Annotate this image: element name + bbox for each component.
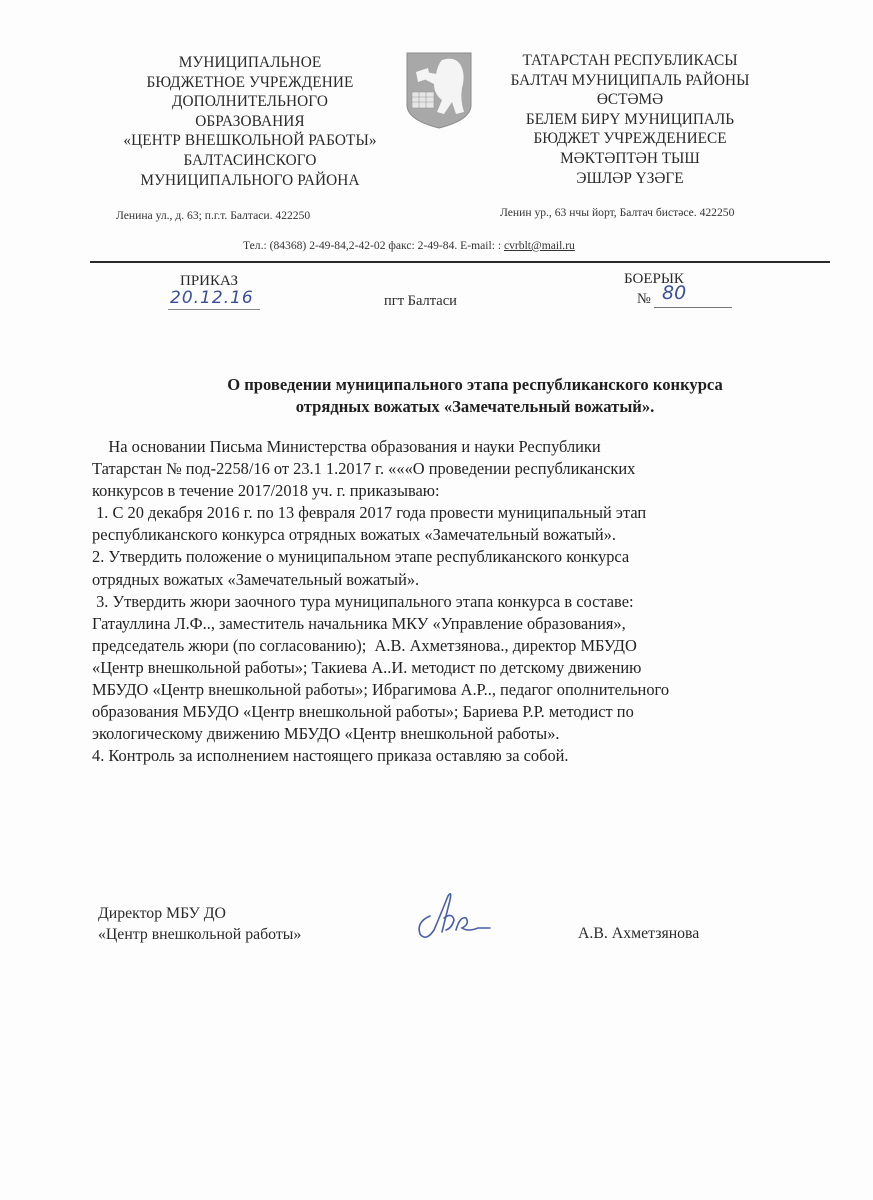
handwritten-signature-icon [408, 886, 498, 946]
org-line: ТАТАРСТАН РЕСПУБЛИКАСЫ [470, 51, 790, 71]
org-line: ЭШЛӘР ҮЗӘГЕ [470, 169, 790, 189]
org-name-russian: МУНИЦИПАЛЬНОЕ БЮДЖЕТНОЕ УЧРЕЖДЕНИЕ ДОПОЛ… [100, 53, 400, 190]
body-line: 2. Утвердить положение о муниципальном э… [92, 546, 812, 568]
order-date-handwritten: 20.12.16 [170, 288, 254, 308]
document-body: На основании Письма Министерства образов… [92, 436, 812, 767]
bear-coat-of-arms-icon [404, 50, 474, 130]
org-line: ОБРАЗОВАНИЯ [100, 112, 400, 132]
org-line: «ЦЕНТР ВНЕШКОЛЬНОЙ РАБОТЫ» [100, 131, 400, 151]
email-link[interactable]: cvrblt@mail.ru [504, 239, 575, 252]
body-line: Гатауллина Л.Ф.., заместитель начальника… [92, 613, 812, 635]
signatory-position: Директор МБУ ДО «Центр внешкольной работ… [98, 903, 301, 945]
contact-line: Тел.: (84368) 2-49-84,2-42-02 факс: 2-49… [243, 239, 575, 252]
body-line: республиканского конкурса отрядных вожат… [92, 524, 812, 546]
title-line: О проведении муниципального этапа респуб… [150, 374, 800, 396]
order-number-handwritten: 80 [662, 282, 686, 304]
body-line: «Центр внешкольной работы»; Такиева А..И… [92, 657, 812, 679]
org-line: БАЛТАЧ МУНИЦИПАЛЬ РАЙОНЫ [470, 71, 790, 91]
org-name-tatar: ТАТАРСТАН РЕСПУБЛИКАСЫ БАЛТАЧ МУНИЦИПАЛЬ… [470, 51, 790, 188]
position-line: «Центр внешкольной работы» [98, 924, 301, 945]
body-line: председатель жюри (по согласованию); А.В… [92, 635, 812, 657]
phone-fax-text: Тел.: (84368) 2-49-84,2-42-02 факс: 2-49… [243, 239, 504, 252]
org-line: БЮДЖЕТНОЕ УЧРЕЖДЕНИЕ [100, 73, 400, 93]
body-line: МБУДО «Центр внешкольной работы»; Ибраги… [92, 679, 812, 701]
org-line: БЮДЖЕТ УЧРЕЖДЕНИЕСЕ [470, 129, 790, 149]
header-divider [90, 261, 830, 263]
body-line: На основании Письма Министерства образов… [92, 436, 812, 458]
body-line: экологическому движению МБУДО «Центр вне… [92, 723, 812, 745]
org-line: ДОПОЛНИТЕЛЬНОГО [100, 92, 400, 112]
document-title: О проведении муниципального этапа респуб… [150, 374, 800, 418]
org-line: МУНИЦИПАЛЬНОГО РАЙОНА [100, 171, 400, 191]
signatory-name: А.В. Ахметзянова [578, 925, 699, 943]
number-sign: № [637, 291, 651, 308]
org-line: МӘКТӘПТӘН ТЫШ [470, 149, 790, 169]
order-place: пгт Балтаси [384, 293, 457, 310]
address-tatar: Ленин ур., 63 нчы йорт, Балтач бистәсе. … [500, 206, 734, 219]
body-line: отрядных вожатых «Замечательный вожатый»… [92, 569, 812, 591]
body-line: конкурсов в течение 2017/2018 уч. г. при… [92, 480, 812, 502]
body-line: 4. Контроль за исполнением настоящего пр… [92, 745, 812, 767]
org-line: ӨСТӘМӘ [470, 90, 790, 110]
org-line: МУНИЦИПАЛЬНОЕ [100, 53, 400, 73]
number-underline [654, 307, 732, 308]
title-line: отрядных вожатых «Замечательный вожатый»… [150, 396, 800, 418]
org-line: БАЛТАСИНСКОГО [100, 151, 400, 171]
address-russian: Ленина ул., д. 63; п.г.т. Балтаси. 42225… [116, 209, 310, 222]
body-line: Татарстан № под-2258/16 от 23.1 1.2017 г… [92, 458, 812, 480]
date-underline [168, 309, 260, 310]
body-line: образования МБУДО «Центр внешкольной раб… [92, 701, 812, 723]
body-line: 1. С 20 декабря 2016 г. по 13 февраля 20… [92, 502, 812, 524]
position-line: Директор МБУ ДО [98, 903, 301, 924]
org-line: БЕЛЕМ БИРҮ МУНИЦИПАЛЬ [470, 110, 790, 130]
body-line: 3. Утвердить жюри заочного тура муниципа… [92, 591, 812, 613]
